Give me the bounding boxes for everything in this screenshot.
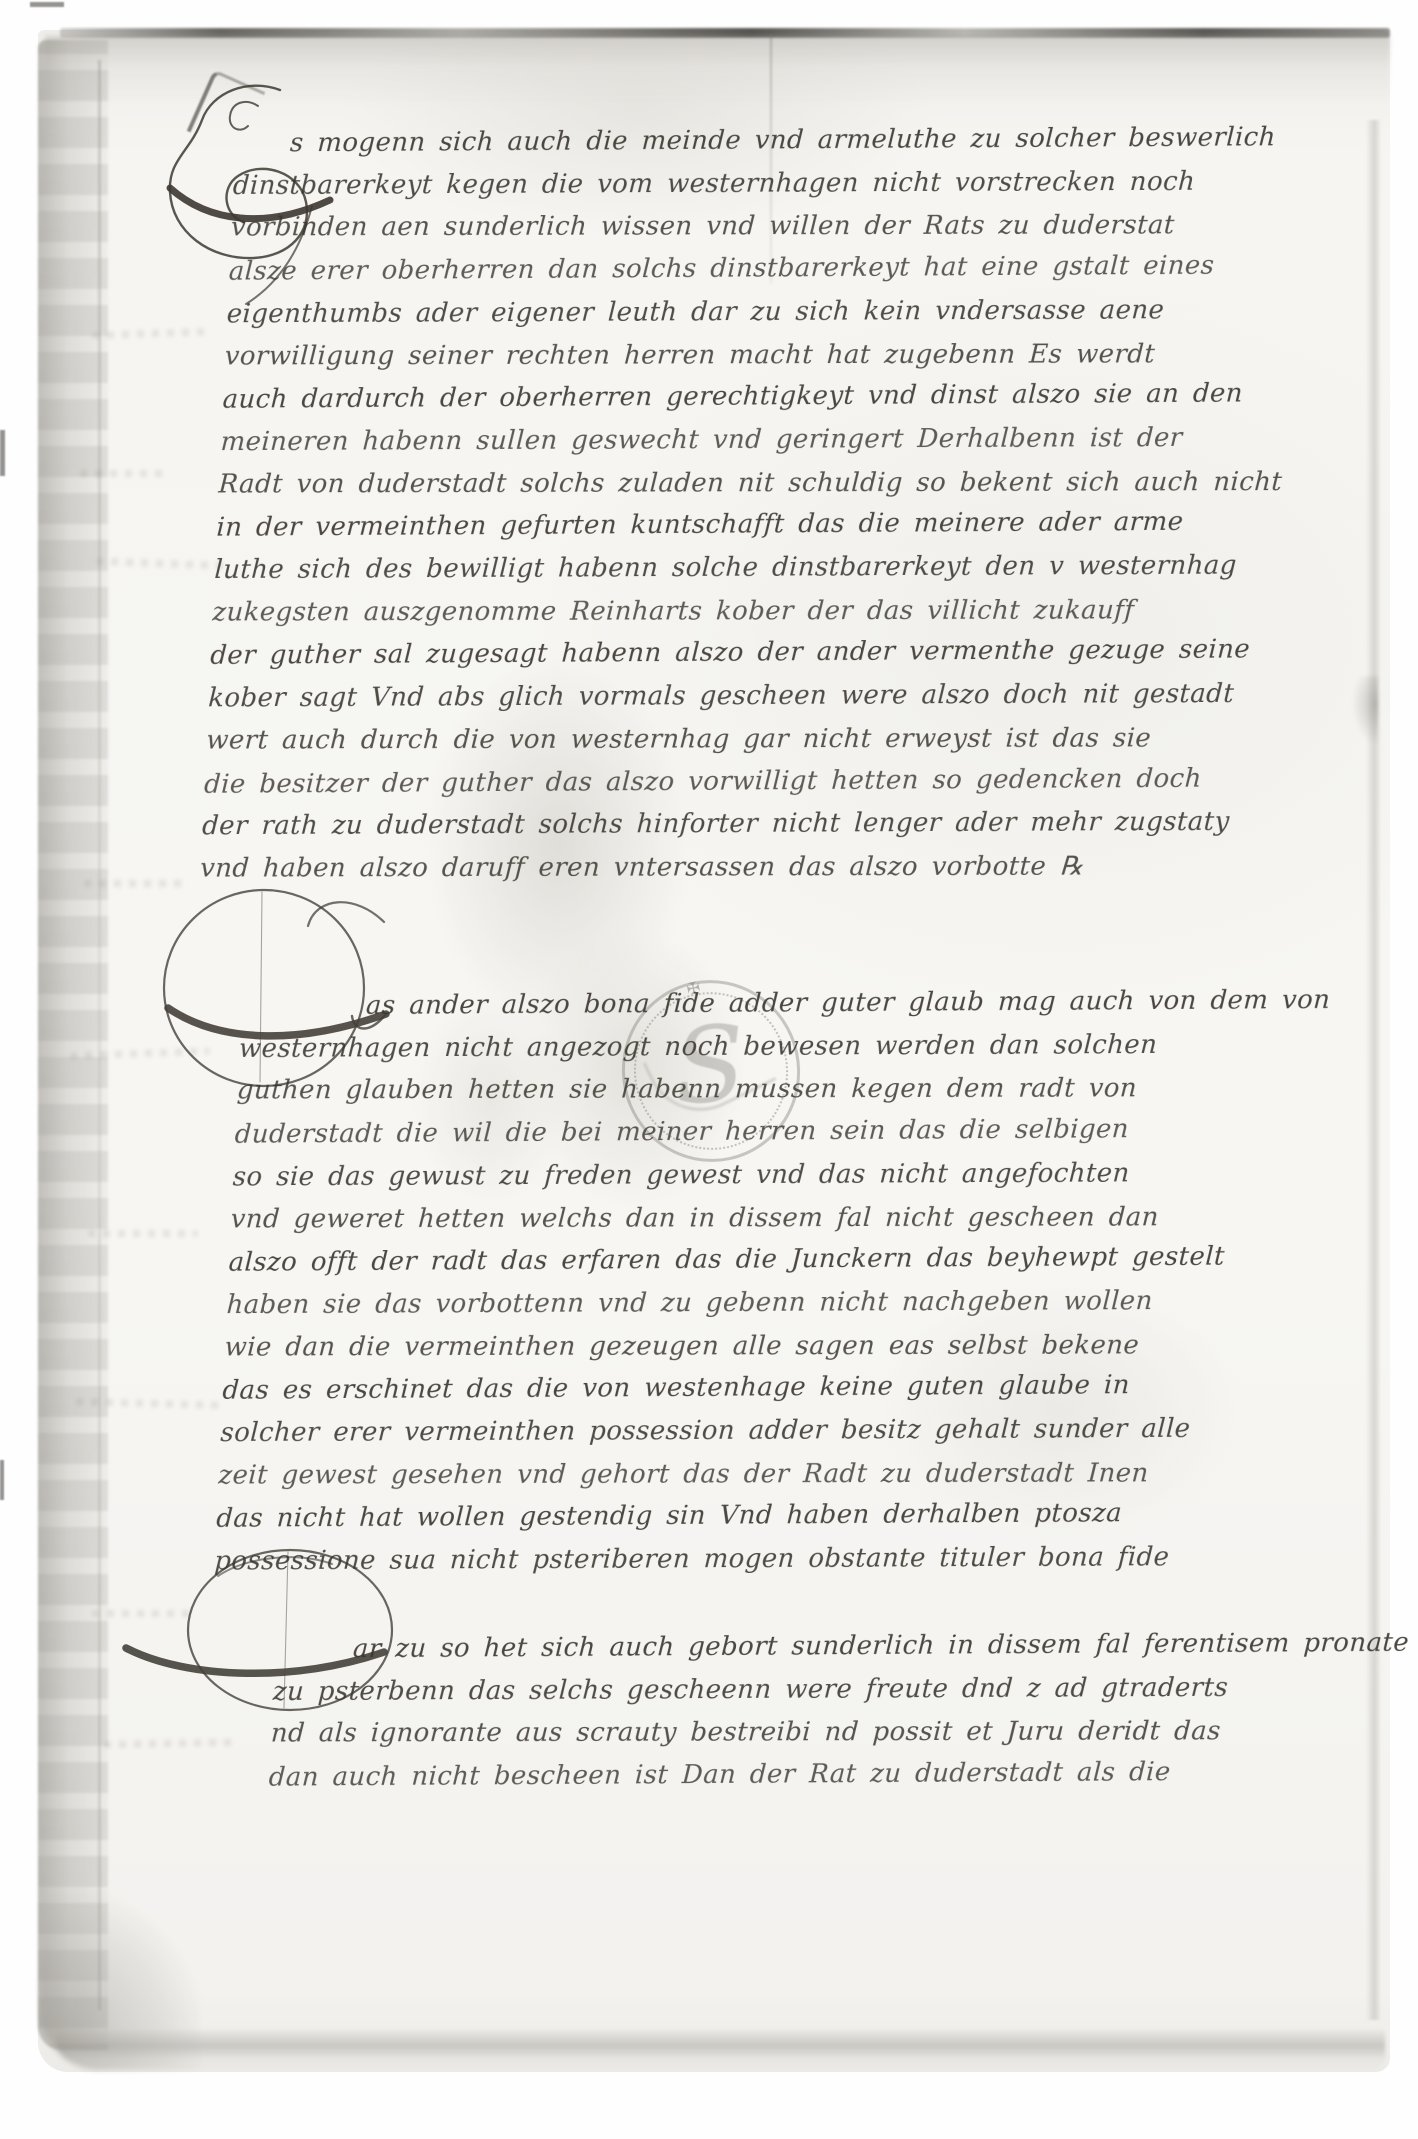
handwritten-line: zeit gewest gesehen vnd gehort das der R… (217, 1452, 1369, 1497)
handwritten-line: ar zu so het sich auch gebort sunderlich… (274, 1622, 1396, 1672)
handwritten-line: alsze erer oberherren dan solchs dinstba… (228, 244, 1380, 294)
handwritten-line: wie dan die vermeinthen gezeugen alle sa… (224, 1323, 1376, 1368)
handwritten-line: meineren habenn sullen geswecht vnd geri… (220, 416, 1372, 464)
handwritten-line: haben sie das vorbottenn vnd zu gebenn n… (226, 1279, 1378, 1327)
bottom-edge-shading (55, 2030, 1385, 2072)
scan-artifact (0, 1460, 4, 1500)
handwritten-line: zu psterbenn das selchs gescheenn were f… (272, 1666, 1394, 1714)
handwritten-line: zukegsten auszgenomme Reinharts kober de… (211, 589, 1363, 634)
paragraph-2: as ander alszo bona fide adder guter gla… (213, 980, 1392, 1583)
manuscript-scan: ✠ S (0, 0, 1418, 2139)
handwritten-line: westernhagen nicht angezogt noch bewesen… (238, 1023, 1390, 1071)
handwritten-line: dan auch nicht bescheen ist Dan der Rat … (268, 1750, 1390, 1800)
bleedthrough-mark (88, 1230, 198, 1237)
handwritten-line: nd als ignorante aus scrauty bestreibi n… (270, 1710, 1392, 1755)
handwritten-line: so sie das gewust zu freden gewest vnd d… (232, 1151, 1384, 1199)
handwritten-line: vorbinden aen sunderlich wissen vnd will… (230, 204, 1382, 249)
handwritten-line: kober sagt Vnd abs glich vormals geschee… (207, 672, 1359, 720)
handwritten-line: guthen glauben hetten sie habenn mussen … (236, 1067, 1388, 1112)
handwritten-line: luthe sich des bewilligt habenn solche d… (213, 544, 1365, 592)
handwritten-line: vorwilligung seiner rechten herren macht… (224, 332, 1376, 377)
bottom-left-corner-shading (40, 1890, 200, 2070)
handwritten-line: der guther sal zugesagt habenn alszo der… (209, 628, 1361, 678)
handwritten-line: alszo offt der radt das erfaren das die … (228, 1235, 1380, 1285)
handwritten-line: wert auch durch die von westernhag gar n… (205, 717, 1357, 762)
handwritten-line: eigenthumbs ader eigener leuth dar zu si… (226, 288, 1378, 336)
left-fold-line (98, 60, 101, 2010)
handwritten-line: vnd haben alszo daruff eren vntersassen … (199, 845, 1351, 890)
handwritten-line: Radt von duderstadt solchs zuladen nit s… (218, 460, 1370, 505)
handwritten-line: auch dardurch der oberherren gerechtigke… (222, 372, 1374, 422)
handwritten-line: s mogenn sich auch die meinde vnd armelu… (234, 116, 1386, 166)
handwritten-line: duderstadt die wil die bei meiner herren… (234, 1107, 1386, 1157)
handwritten-line: das es erschinet das die von westenhage … (221, 1363, 1373, 1413)
handwritten-line: die besitzer der guther das alszo vorwil… (203, 756, 1355, 806)
handwritten-line: solcher erer vermeinthen possession adde… (219, 1407, 1371, 1455)
paragraph-3: ar zu so het sich auch gebort sunderlich… (268, 1623, 1396, 1799)
handwritten-line: vnd geweret hetten welchs dan in dissem … (230, 1195, 1382, 1240)
bleedthrough-mark (80, 470, 170, 477)
handwritten-line: das nicht hat wollen gestendig sin Vnd h… (215, 1491, 1367, 1541)
scan-artifact (0, 430, 5, 476)
scan-artifact (30, 2, 64, 7)
handwritten-line: possessione sua nicht psteriberen mogen … (213, 1535, 1365, 1583)
handwritten-line: der rath zu duderstadt solchs hinforter … (201, 800, 1353, 848)
handwritten-line: dinstbarerkeyt kegen die vom westernhage… (232, 160, 1384, 208)
paragraph-1: s mogenn sich auch die meinde vnd armelu… (199, 117, 1386, 891)
handwritten-line: in der vermeinthen gefurten kuntschafft … (215, 500, 1367, 550)
handwritten-line: as ander alszo bona fide adder guter gla… (240, 979, 1392, 1029)
